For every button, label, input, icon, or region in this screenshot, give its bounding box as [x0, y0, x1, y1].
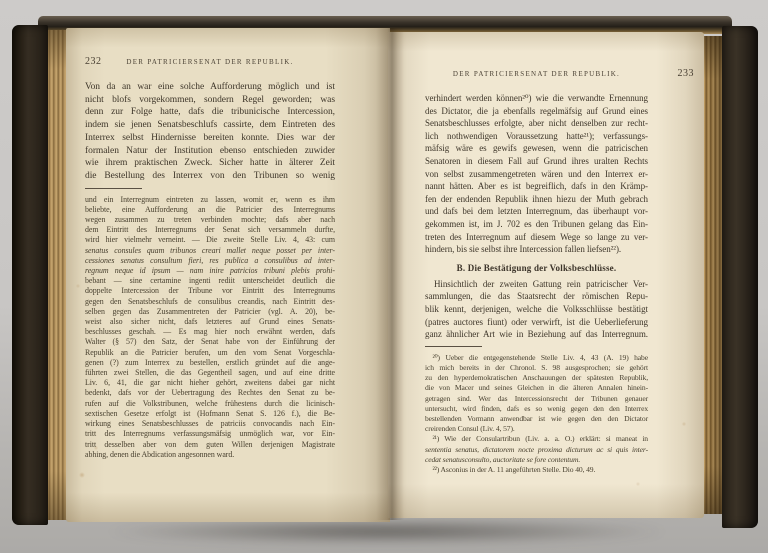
- open-book: 232 DER PATRICIERSENAT DER REPUBLIK. Von…: [10, 16, 758, 534]
- text-line: tritt des Interregnums verfassungsmäfsig…: [85, 429, 335, 439]
- text-line: doppelte Intercession der Tribune vor Ei…: [85, 286, 335, 296]
- text-line: ich mich bereits in der Chronol. S. 98 a…: [425, 363, 648, 373]
- text-line: Interrex selbst Hindernisse bereiten kon…: [85, 132, 335, 145]
- text-line: tritt desselben aber von dem guten Wille…: [85, 440, 335, 450]
- text-line: senatus consules quam tribunos creari ma…: [85, 246, 335, 256]
- right-footnote-22: ²²) Asconius in der A. 11 angeführten St…: [425, 465, 648, 475]
- right-footnote-20: ²⁰) Ueber die entgegenstehende Stelle Li…: [425, 353, 648, 435]
- text-line: des Dictator, die ja ebenfalls regelmäfs…: [425, 105, 648, 118]
- text-line: wegen zusammen zu treten verbinden mocht…: [85, 215, 335, 225]
- left-main-text: Von da an war eine solche Aufforderung m…: [85, 81, 335, 183]
- text-line: getragen sind. Wer das Intercessionsrech…: [425, 394, 648, 404]
- text-line: genen (?) zum Interrex zu bestellen, ers…: [85, 358, 335, 368]
- text-line: denn zur Folge hatte, dafs die tribunici…: [85, 106, 335, 119]
- text-line: blik kennt, derjenigen, welche die Volks…: [425, 303, 648, 316]
- text-line: wird hier vielmehr verneint. — Die zweit…: [85, 235, 335, 245]
- text-line: Liv. 6, 41, die gar nicht hieher gehört,…: [85, 378, 335, 388]
- book-cover-left: [12, 25, 48, 525]
- book-cover-right: [722, 26, 758, 528]
- text-line: und ein Interregnum eintreten zu lassen,…: [85, 195, 335, 205]
- text-line: cessiones senatus consultum fieri, res p…: [85, 256, 335, 266]
- text-line: von selbst zusammengetreten wären und de…: [425, 168, 648, 181]
- right-paragraph-2: Hinsichtlich der zweiten Gattung rein pa…: [425, 278, 648, 341]
- text-line: gekommen ist, im J. 702 es den Tribunen …: [425, 218, 648, 231]
- text-line: bestellenden Vormann anwendbar ist wie g…: [425, 414, 648, 424]
- text-line: dem Eintritt des Interregnums der Senat …: [85, 225, 335, 235]
- text-line: sammlungen, die das Staatsrecht der römi…: [425, 290, 648, 303]
- text-line: cedat senatusconsulto, auctoritate se fo…: [425, 455, 648, 465]
- page-number-right: 233: [678, 68, 695, 79]
- running-title-left: DER PATRICIERSENAT DER REPUBLIK.: [85, 58, 335, 66]
- text-line: ²⁰) Ueber die entgegenstehende Stelle Li…: [425, 353, 648, 363]
- text-line: beschlusses geschah. — Es mag hier noch …: [85, 327, 335, 337]
- text-line: untersucht, wird finden, dafs es so weni…: [425, 404, 648, 414]
- section-heading: B. Die Bestätigung der Volksbeschlüsse.: [425, 263, 648, 273]
- text-line: treten des Interregnum auf diesem Wege s…: [425, 231, 648, 244]
- text-line: bebant — sine certamine ingenti rediit u…: [85, 276, 335, 286]
- text-line: ²²) Asconius in der A. 11 angeführten St…: [425, 465, 648, 475]
- right-footnote-21: ²¹) Wie der Consulartribun (Liv. a. a. O…: [425, 434, 648, 465]
- right-page-header: DER PATRICIERSENAT DER REPUBLIK. 233: [425, 70, 648, 81]
- text-line: zu den hyperdemokratischen Anschauungen …: [425, 373, 648, 383]
- left-page-header: 232 DER PATRICIERSENAT DER REPUBLIK.: [85, 58, 335, 69]
- text-line: formalen Natur der Institution ebenso en…: [85, 145, 335, 158]
- text-line: Senatoren in diesem Fall auf Grund ihres…: [425, 155, 648, 168]
- text-line: indem sie jenen Senatsbeschlufs cassirte…: [85, 119, 335, 132]
- text-line: weist also sicher nicht, dafs letzteres …: [85, 317, 335, 327]
- text-line: abhing, denen die Abdication angesonnen …: [85, 450, 335, 460]
- text-line: regnum neque id ipsum — nam inire patric…: [85, 266, 335, 276]
- text-line: und dafs bei dem letzten Interregnum, da…: [425, 205, 648, 218]
- left-footnote: und ein Interregnum eintreten zu lassen,…: [85, 195, 335, 460]
- text-line: lich nothwendigen Voraussetzung hatte²¹)…: [425, 130, 648, 143]
- text-line: ganz ähnlicher Art wie in Beziehung auf …: [425, 328, 648, 341]
- text-line: beliebte, eine Aufforderung an die Patri…: [85, 205, 335, 215]
- text-line: creirenden Consul (Liv. 4, 57).: [425, 424, 648, 434]
- text-line: fen der endenden Republik ihnen hiezu de…: [425, 193, 648, 206]
- text-line: nannt hätten. Aber es ist begreiflich, d…: [425, 180, 648, 193]
- text-line: ²¹) Wie der Consulartribun (Liv. a. a. O…: [425, 434, 648, 444]
- text-line: wirkung eines Senatsbeschlusses de patri…: [85, 419, 335, 429]
- text-line: führten zwei Stellen, die das Gegentheil…: [85, 368, 335, 378]
- text-line: wie ihrem praktischen Zweck. Sicher hatt…: [85, 157, 335, 170]
- photo-background: 232 DER PATRICIERSENAT DER REPUBLIK. Von…: [0, 0, 768, 553]
- text-line: mäfsig wäre es gewifs gewesen, wenn die …: [425, 142, 648, 155]
- text-line: Senatsbeschlusses erfolgte, aber nicht d…: [425, 117, 648, 130]
- footnote-separator-right: [425, 346, 482, 347]
- text-line: hindern, bis sie selbst ihre Intercessio…: [425, 243, 648, 256]
- right-page: DER PATRICIERSENAT DER REPUBLIK. 233 ver…: [388, 32, 704, 518]
- text-line: Walter (§ 57) den Satz, der Senat habe v…: [85, 337, 335, 347]
- text-line: sextischen Gesetze erfolgt ist (Hofmann …: [85, 409, 335, 419]
- text-line: bedenkt, dafs vor der Uebertragung des R…: [85, 388, 335, 398]
- text-line: Von da an war eine solche Aufforderung m…: [85, 81, 335, 94]
- text-line: rufen auf die Volkstribunen, welche früh…: [85, 399, 335, 409]
- left-page: 232 DER PATRICIERSENAT DER REPUBLIK. Von…: [66, 28, 390, 522]
- text-line: (patres auctores fiunt) oder verwirft, i…: [425, 316, 648, 329]
- text-line: gegen den Senatsbeschlufs de consulibus …: [85, 297, 335, 307]
- text-line: die Bestellung des Interrex von den Trib…: [85, 170, 335, 183]
- footnote-separator-left: [85, 188, 142, 189]
- text-line: sententia senatus, dictatorem nocte prox…: [425, 445, 648, 455]
- text-line: die von Macer und seines Gleichen in die…: [425, 383, 648, 393]
- text-line: Hinsichtlich der zweiten Gattung rein pa…: [425, 278, 648, 291]
- text-line: verhindert werden können²⁰) wie die verw…: [425, 92, 648, 105]
- text-line: nicht blofs vorgekommen, sondern Regel g…: [85, 94, 335, 107]
- text-line: selben gegen das Zusammentreten der Patr…: [85, 307, 335, 317]
- running-title-right: DER PATRICIERSENAT DER REPUBLIK.: [425, 70, 648, 78]
- right-main-text: verhindert werden können²⁰) wie die verw…: [425, 92, 648, 256]
- text-line: Republik an die Patricier berufen, um de…: [85, 348, 335, 358]
